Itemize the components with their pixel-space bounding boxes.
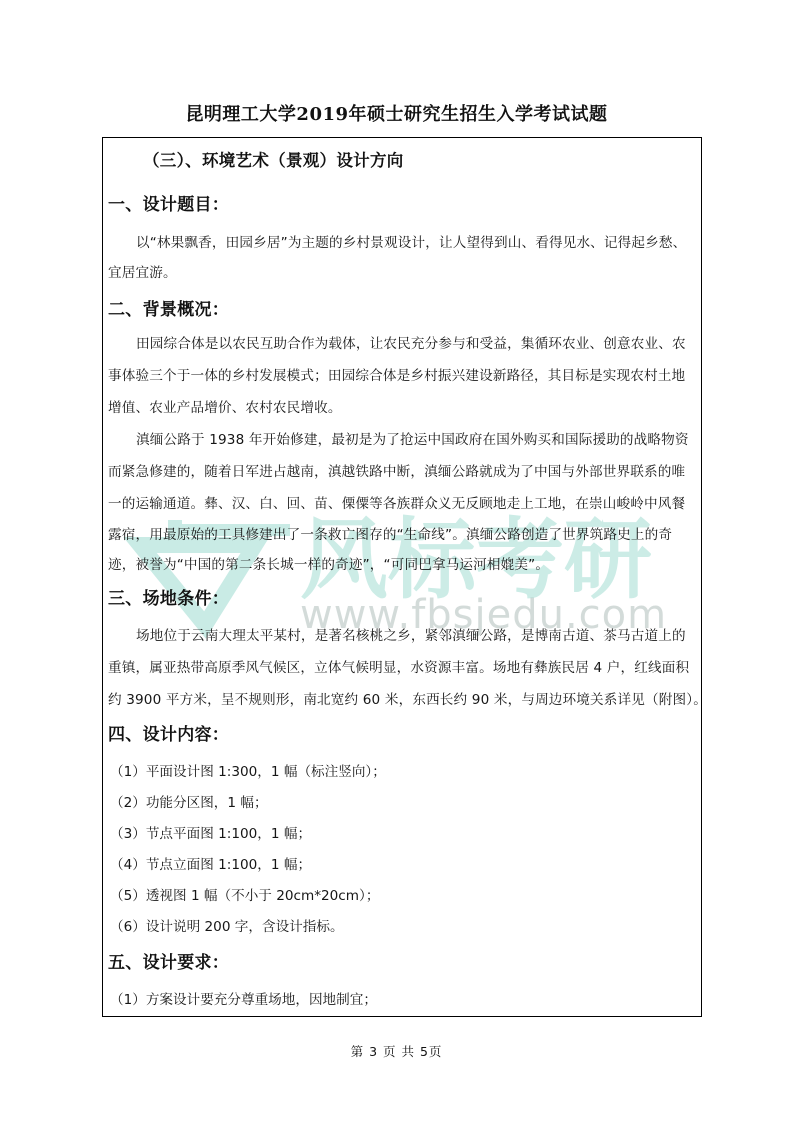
- page-number: 第 3 页 共 5页: [0, 1042, 793, 1060]
- document-page: 昆明理工大学2019年硕士研究生招生入学考试试题 （三）、环境艺术（景观）设计方…: [0, 0, 793, 1122]
- paragraph-line: 迹，被誉为“中国的第二条长城一样的奇迹”，“可同巴拿马运河相媲美”。: [108, 553, 698, 573]
- list-item: （1）平面设计图 1:300，1 幅（标注竖向）；: [110, 760, 386, 780]
- paragraph-line: 宜居宜游。: [108, 261, 698, 281]
- section-heading-background: 二、背景概况：: [108, 295, 229, 320]
- list-item: （4）节点立面图 1:100，1 幅；: [110, 853, 311, 873]
- section-heading-design-requirements: 五、设计要求：: [108, 948, 229, 973]
- paragraph-line: 约 3900 平方米，呈不规则形，南北宽约 60 米，东西长约 90 米，与周边…: [108, 688, 698, 708]
- list-item: （3）节点平面图 1:100，1 幅；: [110, 822, 311, 842]
- paragraph-line: 滇缅公路于 1938 年开始修建，最初是为了抢运中国政府在国外购买和国际援助的战…: [136, 428, 726, 448]
- section-heading-design-topic: 一、设计题目：: [108, 190, 229, 215]
- paragraph-line: 重镇，属亚热带高原季风气候区，立体气候明显，水资源丰富。场地有彝族民居 4 户，…: [108, 656, 698, 676]
- list-item: （2）功能分区图，1 幅；: [110, 791, 268, 811]
- list-item: （1）方案设计要充分尊重场地，因地制宜；: [110, 988, 377, 1008]
- list-item: （5）透视图 1 幅（不小于 20cm*20cm）；: [110, 884, 379, 904]
- list-item: （6）设计说明 200 字，含设计指标。: [110, 915, 344, 935]
- section-heading-site-conditions: 三、场地条件：: [108, 584, 229, 609]
- paragraph-line: 增值、农业产品增价、农村农民增收。: [108, 396, 698, 416]
- paragraph-line: 以“林果飘香，田园乡居”为主题的乡村景观设计，让人望得到山、看得见水、记得起乡愁…: [136, 231, 726, 251]
- paragraph-line: 场地位于云南大理太平某村，是著名核桃之乡，紧邻滇缅公路，是博南古道、茶马古道上的: [136, 624, 726, 644]
- paragraph-line: 事体验三个于一体的乡村发展模式；田园综合体是乡村振兴建设新路径，其目标是实现农村…: [108, 364, 698, 384]
- section-heading-design-content: 四、设计内容：: [108, 720, 229, 745]
- paragraph-line: 而紧急修建的，随着日军进占越南，滇越铁路中断，滇缅公路就成为了中国与外部世界联系…: [108, 460, 698, 480]
- document-title: 昆明理工大学2019年硕士研究生招生入学考试试题: [0, 100, 793, 126]
- paragraph-line: 田园综合体是以农民互助合作为载体，让农民充分参与和受益，集循环农业、创意农业、农: [136, 332, 726, 352]
- direction-subtitle: （三）、环境艺术（景观）设计方向: [143, 147, 404, 171]
- paragraph-line: 露宿，用最原始的工具修建出了一条救亡图存的“生命线”。滇缅公路创造了世界筑路史上…: [108, 523, 698, 543]
- paragraph-line: 一的运输通道。彝、汉、白、回、苗、傈僳等各族群众义无反顾地走上工地，在崇山峻岭中…: [108, 492, 698, 512]
